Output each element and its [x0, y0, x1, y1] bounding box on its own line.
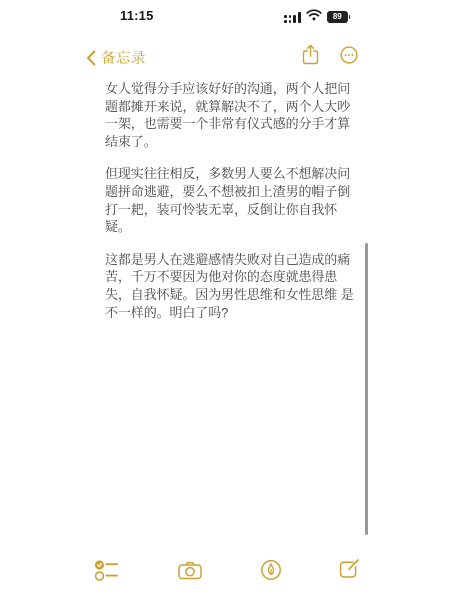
back-label: 备忘录 [101, 47, 146, 68]
share-button[interactable] [302, 44, 319, 65]
note-line: 一架，也需要一个非常有仪式感的分手才算 [105, 115, 359, 133]
note-line: 不一样的。明白了吗? [105, 304, 359, 322]
battery-percent: 89 [333, 13, 342, 21]
note-line: 疑。 [105, 218, 359, 236]
note-line: 女人觉得分手应该好好的沟通，两个人把问 [105, 80, 359, 98]
note-paragraph: 但现实往往相反，多数男人要么不想解决问 题拼命逃避，要么不想被扣上渣男的帽子倒 … [105, 165, 359, 236]
note-line: 苦，千万不要因为他对你的态度就患得患 [105, 268, 359, 286]
camera-icon [178, 568, 202, 583]
checklist-icon [94, 570, 121, 585]
share-icon [302, 52, 319, 69]
markup-pen-button[interactable] [260, 559, 282, 581]
note-text-area[interactable]: 女人觉得分手应该好好的沟通，两个人把问 题都摊开来说，就算解决不了，两个人大吵 … [105, 80, 359, 336]
notes-app-screen: 11:15 89 [0, 0, 457, 600]
status-time: 11:15 [120, 8, 164, 23]
note-line: 但现实往往相反，多数男人要么不想解决问 [105, 165, 359, 183]
scrollbar[interactable] [365, 243, 368, 535]
wifi-icon [306, 8, 322, 26]
note-line: 结束了。 [105, 133, 359, 151]
markup-pen-icon [260, 569, 282, 584]
status-icons: 89 [284, 10, 348, 24]
note-line: 打一耙，装可怜装无辜，反倒让你自我怀 [105, 201, 359, 219]
more-options-button[interactable] [340, 46, 358, 64]
note-line: 题拼命逃避，要么不想被扣上渣男的帽子倒 [105, 183, 359, 201]
note-line: 题都摊开来说，就算解决不了，两个人大吵 [105, 98, 359, 116]
note-paragraph: 这都是男人在逃避感情失败对自己造成的痛 苦，千万不要因为他对你的态度就患得患 失… [105, 251, 359, 322]
chevron-left-icon [86, 50, 96, 66]
checklist-button[interactable] [94, 559, 121, 582]
note-paragraph: 女人觉得分手应该好好的沟通，两个人把问 题都摊开来说，就算解决不了，两个人大吵 … [105, 80, 359, 151]
compose-button[interactable] [339, 558, 360, 579]
battery-indicator: 89 [327, 11, 348, 23]
camera-button[interactable] [178, 561, 202, 580]
ellipsis-circle-icon [340, 51, 358, 68]
note-line: 失，自我怀疑。因为男性思维和女性思维 是 [105, 286, 359, 304]
compose-icon [339, 567, 360, 582]
note-line: 这都是男人在逃避感情失败对自己造成的痛 [105, 251, 359, 269]
cellular-signal-icon [284, 12, 301, 23]
back-button[interactable]: 备忘录 [86, 47, 146, 68]
